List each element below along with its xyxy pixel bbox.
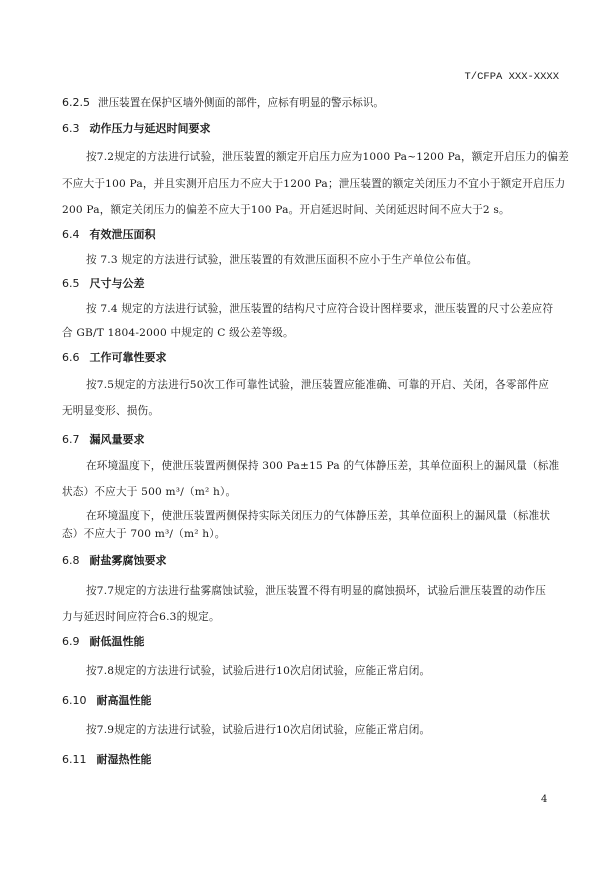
clause-6-2-5: 6.2.5泄压装置在保护区墙外侧面的部件，应标有明显的警示标识。 bbox=[62, 96, 384, 110]
heading-title: 尺寸与公差 bbox=[90, 277, 145, 290]
heading-6-4: 6.4有效泄压面积 bbox=[62, 228, 156, 242]
heading-6-7: 6.7漏风量要求 bbox=[62, 433, 145, 447]
paragraph-line: 合 GB/T 1804-2000 中规定的 C 级公差等级。 bbox=[62, 326, 294, 340]
heading-title: 耐高温性能 bbox=[97, 694, 152, 707]
heading-6-9: 6.9耐低温性能 bbox=[62, 635, 145, 649]
heading-6-6: 6.6工作可靠性要求 bbox=[62, 351, 167, 365]
heading-title: 耐盐雾腐蚀要求 bbox=[90, 554, 167, 567]
paragraph-line: 按 7.4 规定的方法进行试验，泄压装置的结构尺寸应符合设计图样要求，泄压装置的… bbox=[86, 302, 553, 316]
clause-text: 泄压装置在保护区墙外侧面的部件，应标有明显的警示标识。 bbox=[98, 97, 384, 109]
heading-title: 耐低温性能 bbox=[90, 635, 145, 648]
heading-number: 6.4 bbox=[62, 228, 80, 242]
heading-title: 工作可靠性要求 bbox=[90, 351, 167, 364]
heading-number: 6.10 bbox=[62, 694, 87, 708]
heading-6-10: 6.10耐高温性能 bbox=[62, 694, 152, 708]
heading-title: 耐湿热性能 bbox=[97, 753, 152, 766]
paragraph-line: 无明显变形、损伤。 bbox=[62, 404, 159, 418]
heading-title: 漏风量要求 bbox=[90, 433, 145, 446]
clause-number: 6.2.5 bbox=[62, 96, 90, 110]
paragraph-line: 按7.7规定的方法进行盐雾腐蚀试验，泄压装置不得有明显的腐蚀损坏，试验后泄压装置… bbox=[86, 584, 546, 598]
paragraph-line: 按7.8规定的方法进行试验，试验后进行10次启闭试验，应能正常启闭。 bbox=[86, 664, 430, 678]
heading-number: 6.5 bbox=[62, 277, 80, 291]
heading-6-8: 6.8耐盐雾腐蚀要求 bbox=[62, 554, 167, 568]
paragraph-line: 200 Pa，额定关闭压力的偏差不应大于100 Pa。开启延迟时间、关闭延迟时间… bbox=[62, 203, 510, 217]
page-header-doc-code: T/CFPA XXX-XXXX bbox=[464, 70, 559, 84]
heading-6-5: 6.5尺寸与公差 bbox=[62, 277, 145, 291]
heading-number: 6.11 bbox=[62, 753, 87, 767]
paragraph-line: 按7.2规定的方法进行试验，泄压装置的额定开启压力应为1000 Pa~1200 … bbox=[86, 150, 569, 164]
heading-title: 动作压力与延迟时间要求 bbox=[90, 122, 211, 135]
heading-6-3: 6.3动作压力与延迟时间要求 bbox=[62, 122, 211, 136]
heading-number: 6.3 bbox=[62, 122, 80, 136]
page-number: 4 bbox=[541, 793, 547, 807]
heading-6-11: 6.11耐湿热性能 bbox=[62, 753, 152, 767]
paragraph-line: 态）不应大于 700 m³/（m² h）。 bbox=[62, 527, 226, 541]
heading-number: 6.6 bbox=[62, 351, 80, 365]
paragraph-line: 状态）不应大于 500 m³/（m² h）。 bbox=[62, 485, 236, 499]
paragraph-line: 在环境温度下，使泄压装置两侧保持实际关闭压力的气体静压差，其单位面积上的漏风量（… bbox=[86, 509, 550, 523]
paragraph-line: 力与延迟时间应符合6.3的规定。 bbox=[62, 610, 220, 624]
paragraph-line: 在环境温度下，使泄压装置两侧保持 300 Pa±15 Pa 的气体静压差，其单位… bbox=[86, 459, 559, 473]
heading-number: 6.9 bbox=[62, 635, 80, 649]
paragraph-line: 按 7.3 规定的方法进行试验，泄压装置的有效泄压面积不应小于生产单位公布值。 bbox=[86, 253, 478, 267]
heading-number: 6.7 bbox=[62, 433, 80, 447]
paragraph-line: 按7.5规定的方法进行50次工作可靠性试验，泄压装置应能准确、可靠的开启、关闭，… bbox=[86, 378, 549, 392]
heading-number: 6.8 bbox=[62, 554, 80, 568]
paragraph-line: 按7.9规定的方法进行试验，试验后进行10次启闭试验，应能正常启闭。 bbox=[86, 723, 430, 737]
paragraph-line: 不应大于100 Pa，并且实测开启压力不应大于1200 Pa；泄压装置的额定关闭… bbox=[62, 177, 565, 191]
heading-title: 有效泄压面积 bbox=[90, 228, 156, 241]
